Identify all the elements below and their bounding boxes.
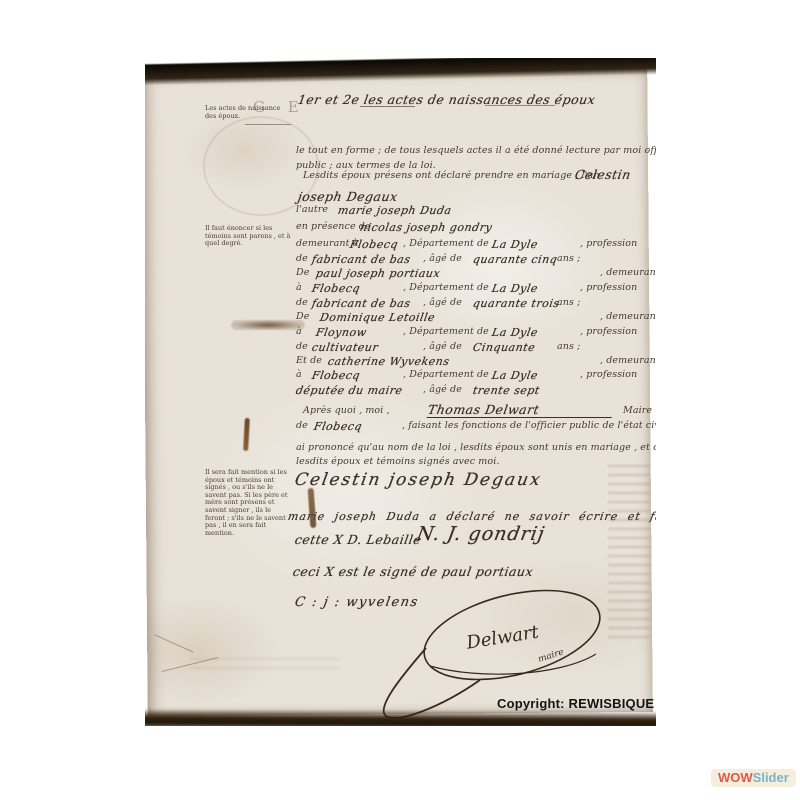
groom-name: joseph Degaux (297, 189, 399, 204)
handwritten-header: 1er et 2e les actes de naissances des ép… (298, 89, 595, 103)
witness3-profession: de cultivateur , âgé de Cinquante ans ; (296, 341, 656, 355)
closing-line2: de Flobecq , faisant les fonctions de l'… (296, 420, 656, 434)
witness4-intro: Et de catherine Wyvekens , demeurant (296, 355, 656, 369)
margin-note-witnesses: Il faut énoncer si les témoins sont pare… (205, 225, 293, 248)
witness2-name: paul joseph portiaux (315, 267, 442, 280)
slideshow-frame: G E Les actes de naissance des époux. Il… (0, 0, 800, 800)
closing-line4: lesdits époux et témoins signés avec moi… (296, 449, 499, 463)
wowslider-watermark[interactable]: WOWSlider (711, 769, 796, 787)
declaration-line: Lesdits époux présens ont déclaré prendr… (303, 170, 653, 184)
signature-groom: Celestin joseph Degaux (295, 470, 542, 484)
pen-stroke (360, 106, 415, 107)
closing-line1: Après quoi , moi , Thomas Delwart Maire (303, 405, 653, 419)
document-photo: G E Les actes de naissance des époux. Il… (145, 58, 656, 726)
witness4-residence: à Flobecq , Département de La Dyle , pro… (296, 369, 656, 383)
witness4-profession: députée du maire , âgé de trente sept (296, 384, 656, 398)
ink-smear (231, 320, 305, 330)
witness3-name: Dominique Letoille (319, 311, 436, 324)
witness2-intro: De paul joseph portiaux , demeurant (296, 267, 656, 281)
pen-stroke (485, 105, 555, 106)
form-line: public ; aux termes de la loi. (296, 153, 436, 167)
delwart-name: Delwart (464, 621, 541, 653)
signature-bride-mark: marie joseph Duda a déclaré ne savoir éc… (288, 505, 656, 519)
watermark-wow-text: WOW (718, 770, 753, 785)
witness2-residence: à Flobecq , Département de La Dyle , pro… (296, 282, 656, 296)
witness1-intro: en présence de nicolas joseph gondry (296, 221, 656, 235)
witness1-residence: demeurant à Flobecq , Département de La … (296, 238, 656, 252)
bride-line: l'autre marie joseph Duda (296, 204, 646, 218)
bride-name: marie joseph Duda (337, 204, 453, 217)
groom-name-line: joseph Degaux (298, 186, 398, 200)
copyright-text: Copyright: REWISBIQUE (497, 696, 654, 711)
witness3-intro: De Dominique Letoille , demeurant (296, 311, 656, 325)
signature-mark1: cette X D. Lebaille (295, 529, 421, 543)
witness1-name: nicolas joseph gondry (359, 221, 493, 234)
witness3-residence: à Floynow , Département de La Dyle , pro… (296, 326, 656, 340)
bleedthrough-text-strip (190, 658, 340, 670)
witness4-name: catherine Wyvekens (327, 355, 451, 368)
margin-note-birth-acts: Les actes de naissance des époux. (205, 105, 293, 120)
groom-first-name: Celestin (574, 167, 632, 182)
delwart-title: maire (537, 647, 565, 665)
form-line: le tout en forme ; de tous lesquels acte… (296, 138, 656, 152)
watermark-slider-text: Slider (753, 770, 789, 785)
margin-rule (245, 124, 291, 125)
book-edge-bottom (145, 709, 656, 726)
witness2-profession: de fabricant de bas , âgé de quarante tr… (296, 297, 656, 311)
mayor-name: Thomas Delwart (427, 402, 615, 418)
closing-line3: ai prononcé qu'au nom de la loi , lesdit… (296, 435, 656, 449)
signature-gondrij: N. J. gondrij (417, 523, 545, 537)
witness1-profession: de fabricant de bas , âgé de quarante ci… (296, 253, 656, 267)
margin-note-mention: Il sera fait mention si les époux et tém… (205, 469, 293, 537)
